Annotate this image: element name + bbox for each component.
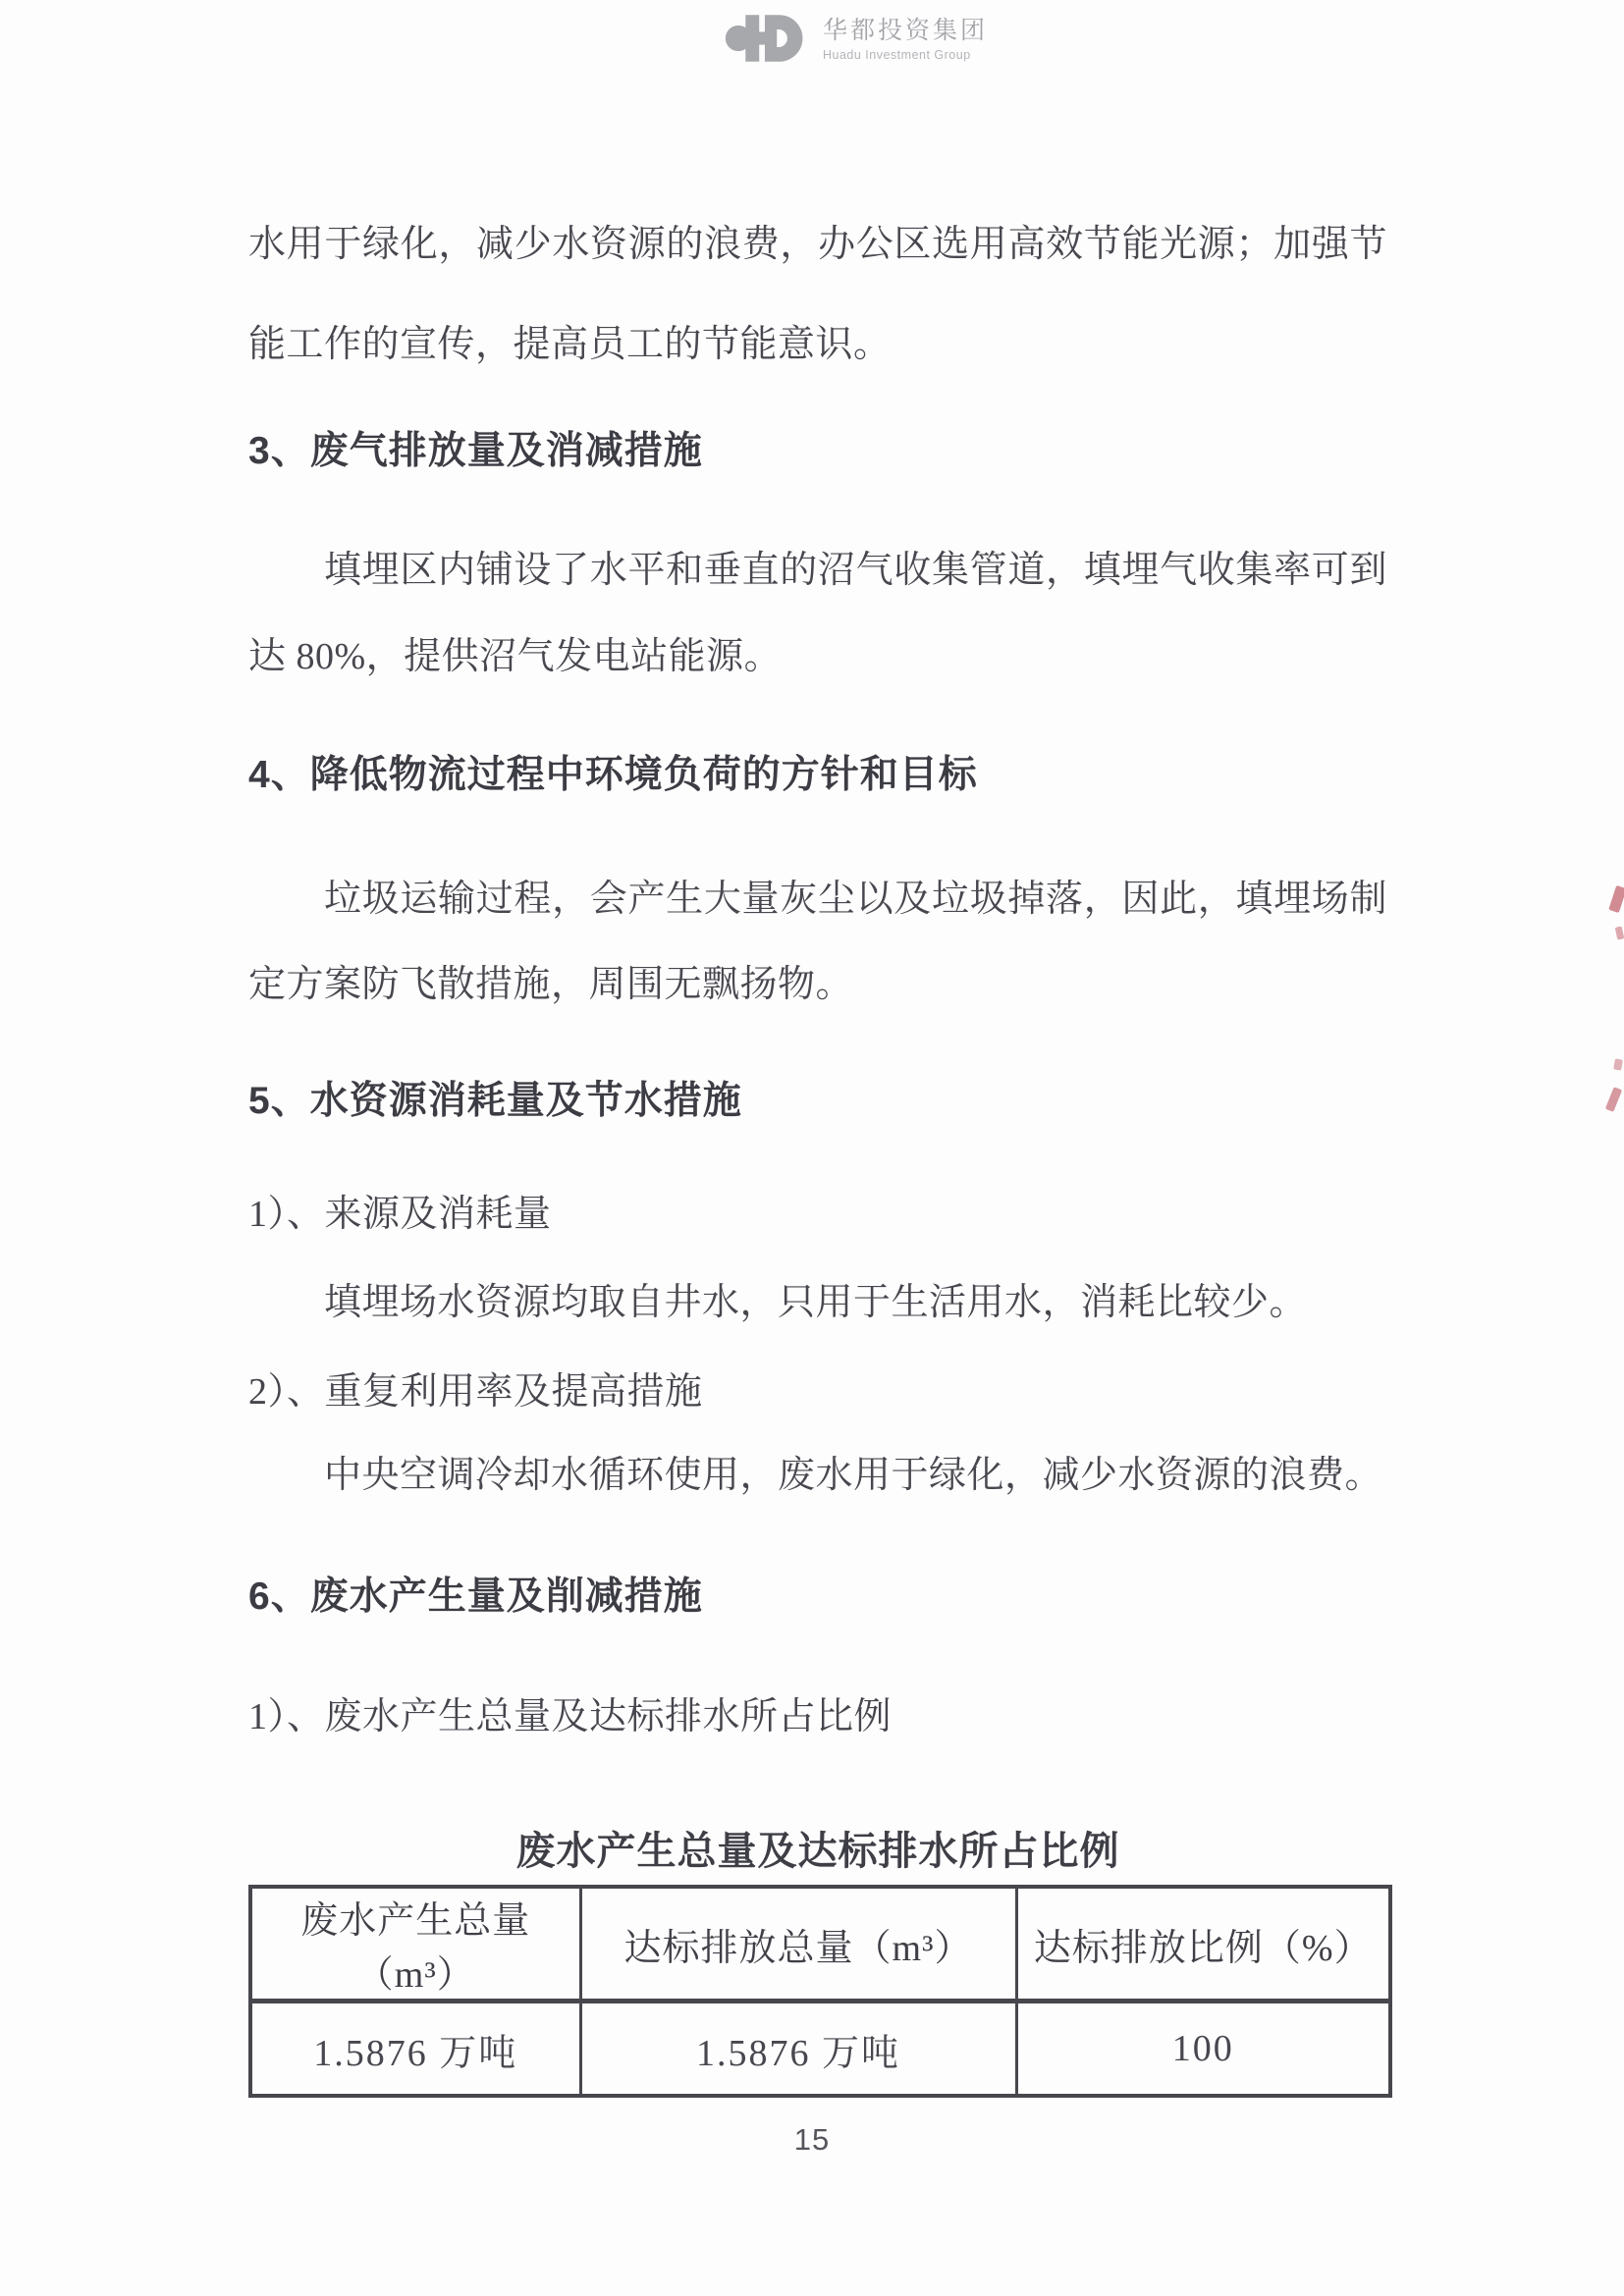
table-header-total-discharged: 达标排放总量（m³） [580, 1887, 1016, 2002]
wastewater-table: 废水产生总量（m³） 达标排放总量（m³） 达标排放比例（%） 1.5876 万… [248, 1885, 1392, 2098]
subheading-wastewater-ratio: 1）、废水产生总量及达标排水所占比例 [248, 1696, 1387, 1739]
paragraph-logistics-line2: 定方案防飞散措施，周围无飘扬物。 [248, 964, 1387, 1007]
cell-total-produced: 1.5876 万吨 [250, 2002, 580, 2097]
table-header-row: 废水产生总量（m³） 达标排放总量（m³） 达标排放比例（%） [250, 1887, 1390, 2002]
document-page: 华都投资集团 Huadu Investment Group 水用于绿化，减少水资… [0, 0, 1624, 2296]
logo-en-name: Huadu Investment Group [823, 48, 988, 62]
heading-water: 5、水资源消耗量及节水措施 [248, 1080, 1387, 1124]
red-stamp-fragment-icon [1615, 926, 1624, 939]
red-stamp-fragment-icon [1608, 885, 1624, 913]
logo-text: 华都投资集团 Huadu Investment Group [823, 13, 988, 62]
paragraph-logistics-line1: 垃圾运输过程，会产生大量灰尘以及垃圾掉落，因此，填埋场制 [248, 879, 1387, 922]
red-stamp-fragment-icon [1613, 1058, 1623, 1070]
page-number: 15 [0, 2122, 1624, 2158]
paragraph-energy-line2: 能工作的宣传，提高员工的节能意识。 [248, 324, 1387, 367]
heading-wastewater: 6、废水产生量及削减措施 [248, 1575, 1387, 1620]
table-header-total-produced: 废水产生总量（m³） [250, 1887, 580, 2002]
cell-ratio: 100 [1016, 2002, 1390, 2097]
table-title: 废水产生总量及达标排水所占比例 [248, 1820, 1387, 1876]
heading-waste-gas: 3、废气排放量及消减措施 [248, 430, 1387, 474]
table-header-ratio: 达标排放比例（%） [1016, 1887, 1390, 2002]
subheading-water-reuse: 2）、重复利用率及提高措施 [248, 1371, 1387, 1415]
cell-total-discharged: 1.5876 万吨 [580, 2002, 1016, 2097]
hd-logo-icon [725, 13, 809, 64]
paragraph-water-source: 填埋场水资源均取自井水，只用于生活用水，消耗比较少。 [248, 1282, 1387, 1325]
heading-logistics: 4、降低物流过程中环境负荷的方针和目标 [248, 754, 1387, 798]
paragraph-gas-line1: 填埋区内铺设了水平和垂直的沼气收集管道，填埋气收集率可到 [248, 550, 1387, 593]
paragraph-water-reuse: 中央空调冷却水循环使用，废水用于绿化，减少水资源的浪费。 [248, 1455, 1387, 1498]
subheading-water-source: 1）、来源及消耗量 [248, 1194, 1387, 1237]
paragraph-energy-line1: 水用于绿化，减少水资源的浪费，办公区选用高效节能光源；加强节 [248, 224, 1387, 267]
paragraph-gas-line2: 达 80%，提供沼气发电站能源。 [248, 636, 1387, 679]
logo-cn-name: 华都投资集团 [823, 18, 988, 45]
company-logo: 华都投资集团 Huadu Investment Group [725, 13, 988, 64]
table-data-row: 1.5876 万吨 1.5876 万吨 100 [250, 2002, 1390, 2097]
red-stamp-fragment-icon [1605, 1087, 1622, 1112]
